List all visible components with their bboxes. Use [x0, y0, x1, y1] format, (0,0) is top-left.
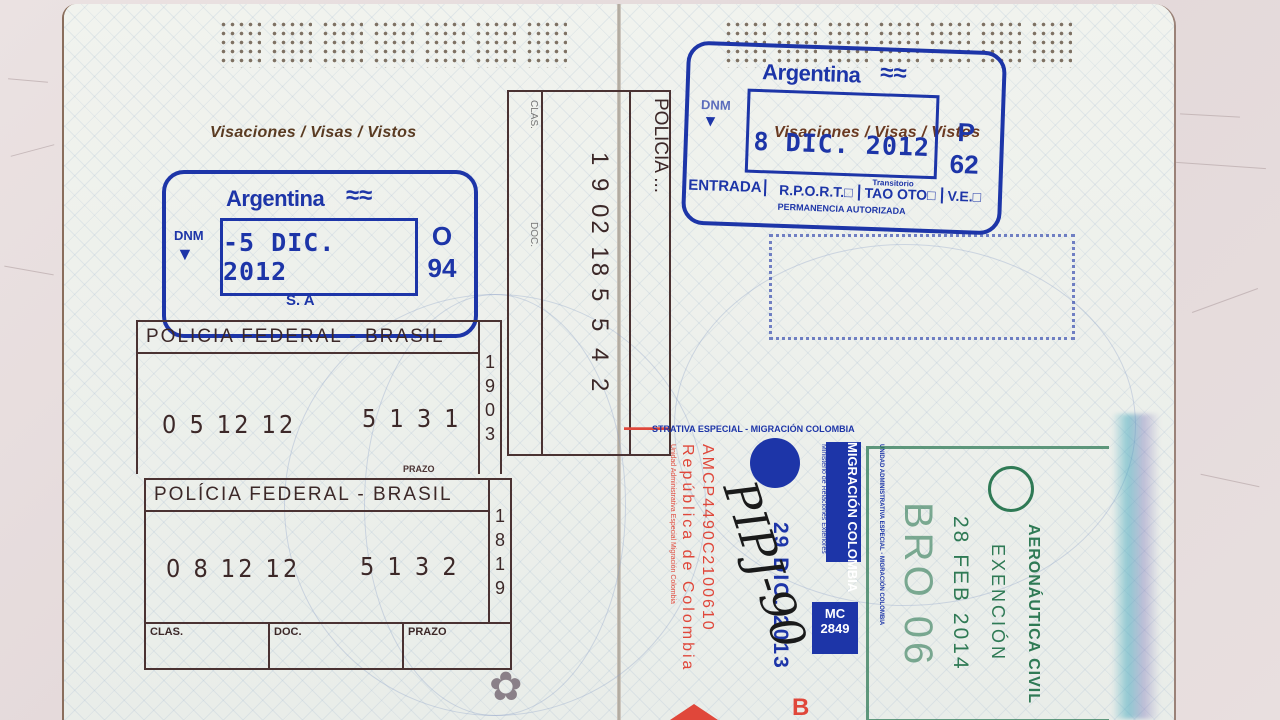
stamp-header: POLICIA FEDERAL - BRASIL: [138, 322, 478, 354]
stamp-code-number: 62: [939, 149, 990, 179]
side-digit: 9: [485, 374, 495, 398]
argentina-stamp-entry: Argentina ≈≈ DNM ▼ 8 DIC. 2012 P 62 ENTR…: [681, 40, 1007, 235]
stamp-footer: S. A: [286, 292, 315, 309]
brasil-stamp-rotated: POLICIA ... 1 9 02 18 5 5 4 2 CLAS. DOC.: [507, 90, 671, 456]
argentina-wave-icon: ≈≈: [346, 182, 372, 210]
ink-smear: [1112, 414, 1160, 719]
stamp-side-number: 1 8 1 9: [488, 480, 510, 624]
stamp-fields: CLAS. DOC. PRAZO: [146, 622, 510, 668]
stamp-code-letter: O: [422, 222, 462, 250]
officer-code-line2: 2849: [812, 621, 858, 636]
stamp-entry-label: ENTRADA: [688, 177, 767, 197]
red-letter-b: B: [792, 694, 809, 720]
side-digit: 1: [495, 552, 505, 576]
side-digit: 8: [495, 528, 505, 552]
colombia-red-code: AMCP4490C2100610: [698, 444, 716, 632]
faint-stamp-outline: [769, 234, 1075, 340]
stamp-date: -5 DIC. 2012: [220, 218, 418, 296]
cell-rport: R.P.O.R.T.□: [774, 182, 860, 201]
divider-line: [541, 92, 543, 454]
colombia-ministry: Ministerio de Relaciones Exteriores: [820, 444, 827, 554]
side-digit: 3: [485, 422, 495, 446]
argentina-stamp-exit: Argentina ≈≈ DNM ▼ -5 DIC. 2012 O 94 S. …: [162, 170, 478, 338]
surface-crack: [4, 266, 53, 276]
passport: Visaciones / Visas / Vistos Argentina ≈≈…: [62, 4, 1176, 720]
green-stamp-date: 28 FEB 2014: [948, 516, 972, 672]
side-digit: 1: [485, 350, 495, 374]
colombia-red-small: Unidad Administrativa Especial Migración…: [669, 444, 676, 604]
divider-line: [629, 92, 631, 454]
stamp-date: 0 5 12 12: [162, 410, 296, 439]
officer-code-line1: MC: [812, 606, 858, 621]
brasil-stamp-1: POLICIA FEDERAL - BRASIL 1 9 0 3 0 5 12 …: [136, 320, 502, 474]
stamp-agency: DNM: [174, 228, 204, 243]
argentina-wave-icon: ≈≈: [880, 59, 907, 88]
flower-watermark-icon: ✿: [489, 664, 523, 710]
cell-ved: V.E.□: [942, 187, 986, 205]
cell-subtitle: Transitorio: [872, 178, 914, 188]
stamp-number: 5 5 4 2: [585, 288, 613, 396]
surface-crack: [8, 78, 48, 82]
green-stamp-exemption: EXENCIÓN: [987, 544, 1008, 662]
visa-label-left: Visaciones / Visas / Vistos: [210, 124, 416, 142]
stamp-code-number: 94: [420, 254, 464, 282]
side-digit: 9: [495, 576, 505, 600]
surface-crack: [1176, 162, 1266, 169]
dnm-logo-icon: ▼: [176, 244, 194, 265]
prazo-label: PRAZO: [403, 464, 435, 474]
colombia-top-text: STRATIVA ESPECIAL - MIGRACIÓN COLOMBIA: [652, 424, 855, 434]
side-digit: 0: [485, 398, 495, 422]
stamp-country: Argentina: [226, 186, 324, 212]
stamp-number: 5 1 3 2: [360, 552, 460, 581]
green-emblem-icon: [988, 466, 1034, 512]
officer-code-box: MC 2849: [812, 602, 858, 654]
green-stamp-title: AERONÁUTICA CIVIL: [1024, 524, 1042, 704]
stamp-code-letter: P: [944, 118, 989, 148]
stamp-number: 5 1 3 1: [362, 404, 462, 433]
stamp-agency: DNM: [701, 97, 731, 113]
surface-crack: [1192, 288, 1258, 313]
stamp-header: POLÍCIA FEDERAL - BRASIL: [146, 480, 488, 512]
perforated-number-left: [219, 20, 567, 68]
colombia-red-country: República de Colombia: [678, 444, 696, 672]
stamp-country: Argentina: [762, 59, 861, 88]
surface-crack: [1180, 113, 1240, 117]
stamp-date: 1 9 02 18: [585, 152, 613, 279]
field-doc: DOC.: [270, 624, 404, 668]
brasil-stamp-2: POLÍCIA FEDERAL - BRASIL 1 8 1 9 0 8 12 …: [144, 478, 512, 670]
field-prazo: PRAZO: [404, 624, 451, 668]
migracion-colombia-logo: MIGRACIÓN COLOMBIA: [826, 442, 861, 562]
stamp-header: POLICIA ...: [649, 98, 671, 193]
dnm-logo-icon: ▼: [702, 113, 718, 132]
side-digit: 1: [495, 504, 505, 528]
field-clas: CLAS.: [528, 100, 539, 129]
field-doc: DOC.: [528, 222, 539, 247]
surface-crack: [11, 144, 55, 157]
stamp-date: 8 DIC. 2012: [745, 89, 940, 180]
surface-crack: [1201, 474, 1260, 487]
stamp-side-number: 1 9 0 3: [478, 322, 500, 474]
stamp-date: 0 8 12 12: [166, 554, 300, 583]
field-clas: CLAS.: [146, 624, 270, 668]
green-stamp-large: BRO 06: [895, 502, 940, 668]
stamp-footer: PERMANENCIA AUTORIZADA: [777, 202, 905, 216]
